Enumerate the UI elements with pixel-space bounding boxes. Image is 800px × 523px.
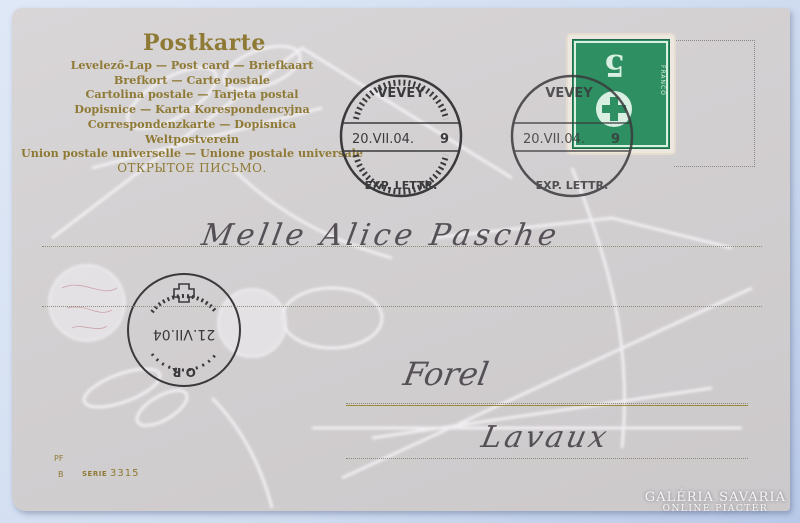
postmark-date: 21.VII.04 xyxy=(153,326,215,342)
postmark-bottom: EXP. LETTR. xyxy=(536,179,609,192)
postmark-bottom: EXP. LETTR. xyxy=(365,179,438,192)
handwritten-recipient: Melle Alice Pasche xyxy=(199,218,563,253)
header-line: Correspondenzkarte — Dopisnica xyxy=(12,117,372,132)
postmark-date: 20.VII.04. xyxy=(523,132,585,147)
header-line: Cartolina postale — Tarjeta postal xyxy=(12,87,372,102)
series-label: SERIE xyxy=(82,470,107,478)
series-number: 3315 xyxy=(110,468,139,479)
stamp-side-text: FRANCO xyxy=(659,65,666,96)
address-line-3 xyxy=(346,403,748,404)
svg-text:O R: O R xyxy=(172,365,196,379)
postmark-arrival: 21.VII.04 O R xyxy=(124,270,244,390)
address-gold-line xyxy=(346,405,748,406)
watermark-subtitle: ONLINE PIACTÉR xyxy=(645,504,786,514)
postmark-town: VEVEY xyxy=(377,86,425,101)
postcard-title: Postkarte xyxy=(143,30,266,56)
postcard: Postkarte Levelező-Lap — Post card — Bri… xyxy=(12,8,790,511)
postmark-town: VEVEY xyxy=(545,86,593,101)
handwritten-town: Forel xyxy=(401,355,492,393)
stamp-placeholder-box xyxy=(674,40,755,167)
address-line-2 xyxy=(42,306,762,307)
postmark-vevey-1: VEVEY 20.VII.04. 9 EXP. LETTR. xyxy=(336,71,466,201)
postmark-hour: 9 xyxy=(611,132,620,147)
handwritten-district: Lavaux xyxy=(478,420,612,455)
watermark: GALÉRIA SAVARIA ONLINE PIACTÉR xyxy=(645,490,786,514)
russian-line: ОТКРЫТОЕ ПИСЬМО. xyxy=(12,161,372,176)
header-line: Weltpostverein xyxy=(12,132,372,147)
header-line: Brefkort — Carte postale xyxy=(12,73,372,88)
address-line-4 xyxy=(346,458,748,459)
postmark-hour: 9 xyxy=(440,132,449,147)
series-letter: B xyxy=(58,470,64,479)
header-line: Dopisnice — Karta Korespondencyjna xyxy=(12,102,372,117)
swiss-cross-icon xyxy=(174,284,194,302)
postmark-vevey-2: VEVEY 20.VII.04. 9 EXP. LETTR. xyxy=(507,71,637,201)
header-line: Union postale universelle — Unione posta… xyxy=(12,146,372,161)
postmark-date: 20.VII.04. xyxy=(352,132,414,147)
publisher-logo: PF xyxy=(54,454,63,463)
header-line: Levelező-Lap — Post card — Briefkaart xyxy=(12,58,372,73)
watermark-title: GALÉRIA SAVARIA xyxy=(645,490,786,505)
multilingual-header: Levelező-Lap — Post card — Briefkaart Br… xyxy=(12,58,372,176)
